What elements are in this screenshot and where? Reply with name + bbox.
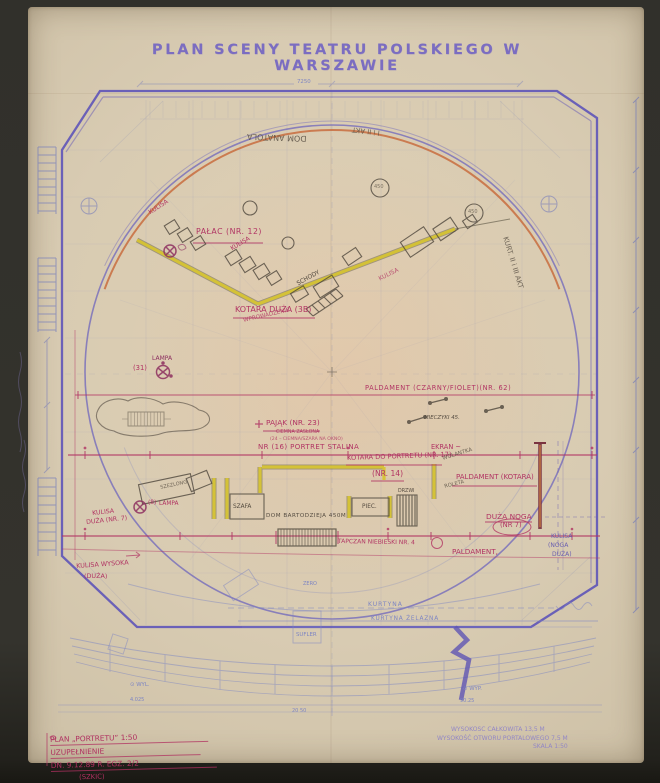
plan-title: PLAN SCENY TEATRU POLSKIEGO W WARSZAWIE <box>107 42 567 74</box>
right-dimension-chain <box>633 97 639 613</box>
title-block-notes: PLAN „PORTRETU” 1:50 UZUPEŁNIENIE DN. 9.… <box>50 731 217 782</box>
label-paldament-kotara: PALDAMENT (KOTARA) <box>456 474 534 481</box>
label-palac: PAŁAC (NR. 12) <box>196 228 262 236</box>
label-lampa31-nr: (31) <box>133 365 147 372</box>
label-kurtyna-zelazna: KURTYNA ŻELAZNA <box>371 617 439 623</box>
label-drzwi: DRZWI <box>398 490 414 495</box>
note-scale: SKALA 1:50 <box>533 743 617 752</box>
label-kulisa-noga2: (NOGA <box>548 543 568 549</box>
label-nr14: (NR. 14) <box>372 470 403 478</box>
note-total-height: WYSOKOŚĆ CAŁKOWITA 13,5 M <box>451 726 617 735</box>
margin-handwriting <box>19 352 26 512</box>
height-notes: WYSOKOŚĆ CAŁKOWITA 13,5 M WYSOKOŚĆ OTWOR… <box>437 726 617 752</box>
label-dom-anatola: DOM ANATOLA <box>247 132 307 142</box>
stage-plan-drawing <box>0 0 660 783</box>
label-duza-noga-nr: (NR 7) <box>500 522 522 529</box>
label-kulisa-noga1: KULISA <box>551 534 572 540</box>
top-dimension-line <box>137 81 523 87</box>
label-lampa31: LAMPA <box>152 356 172 362</box>
label-dim-br: 90.25 <box>460 699 474 704</box>
label-zaslona1: CIEMNA ZASŁONA <box>276 431 319 436</box>
label-wyl: ⊙ WYL. <box>130 683 150 688</box>
label-duza-noga: DUŻA NOGA <box>486 513 532 520</box>
blob-hatch <box>122 412 171 426</box>
label-szafa: SZAFA <box>233 505 251 511</box>
label-piec: PIEC. <box>362 505 377 511</box>
label-circle-450b: 450 <box>468 210 478 215</box>
label-kulisa-wysoka2: (DUŻA) <box>84 573 107 579</box>
scanned-stage-plan: PLAN SCENY TEATRU POLSKIEGO W WARSZAWIE … <box>0 0 660 783</box>
label-paldament-b: PALDAMENT, <box>452 548 498 555</box>
auditorium-stairs <box>58 569 602 716</box>
lamp-stamp-icon <box>157 362 173 379</box>
label-kulisa-noga3: DUŻA) <box>552 552 572 558</box>
label-dim-bl: 4.025 <box>130 698 144 703</box>
label-portret: NR (16) PORTRET STALINA <box>258 444 359 451</box>
label-dom-bartodzieja: DOM BARTODZIEJA 450M <box>266 514 346 520</box>
label-sufler: SUFLER <box>296 633 317 638</box>
lamp-stamp-icons <box>134 244 186 513</box>
label-zaslona2: (24 – CIEMNA/SZARA NA OKNO) <box>270 438 343 443</box>
label-circle-450a: 450 <box>374 185 384 190</box>
label-dim-top: 7250 <box>297 80 311 85</box>
note-portal-height: WYSOKOŚĆ OTWORU PORTALOWEGO 7,5 M <box>437 735 617 744</box>
label-paldament62: PALDAMENT (CZARNY/FIOLET)(NR. 62) <box>365 385 511 392</box>
label-dim-bc: 20 50 <box>292 709 306 714</box>
label-mieczyki: MIECZYKI 45. <box>424 416 460 421</box>
label-pajak: PAJĄK (NR. 23) <box>266 419 320 426</box>
label-zero: ZERO <box>303 582 317 587</box>
label-wyp: ⊙ WYP. <box>463 687 482 692</box>
door-hatch <box>397 495 417 526</box>
tapczan-hatch <box>278 529 336 546</box>
label-kurtyna: KURTYNA <box>368 602 403 608</box>
label-lampa8: LAMPA <box>159 502 178 508</box>
ladder-schody <box>306 289 343 316</box>
lamp-stamp-icon <box>134 501 146 513</box>
label-lampa8-nr: (8) <box>148 501 156 507</box>
